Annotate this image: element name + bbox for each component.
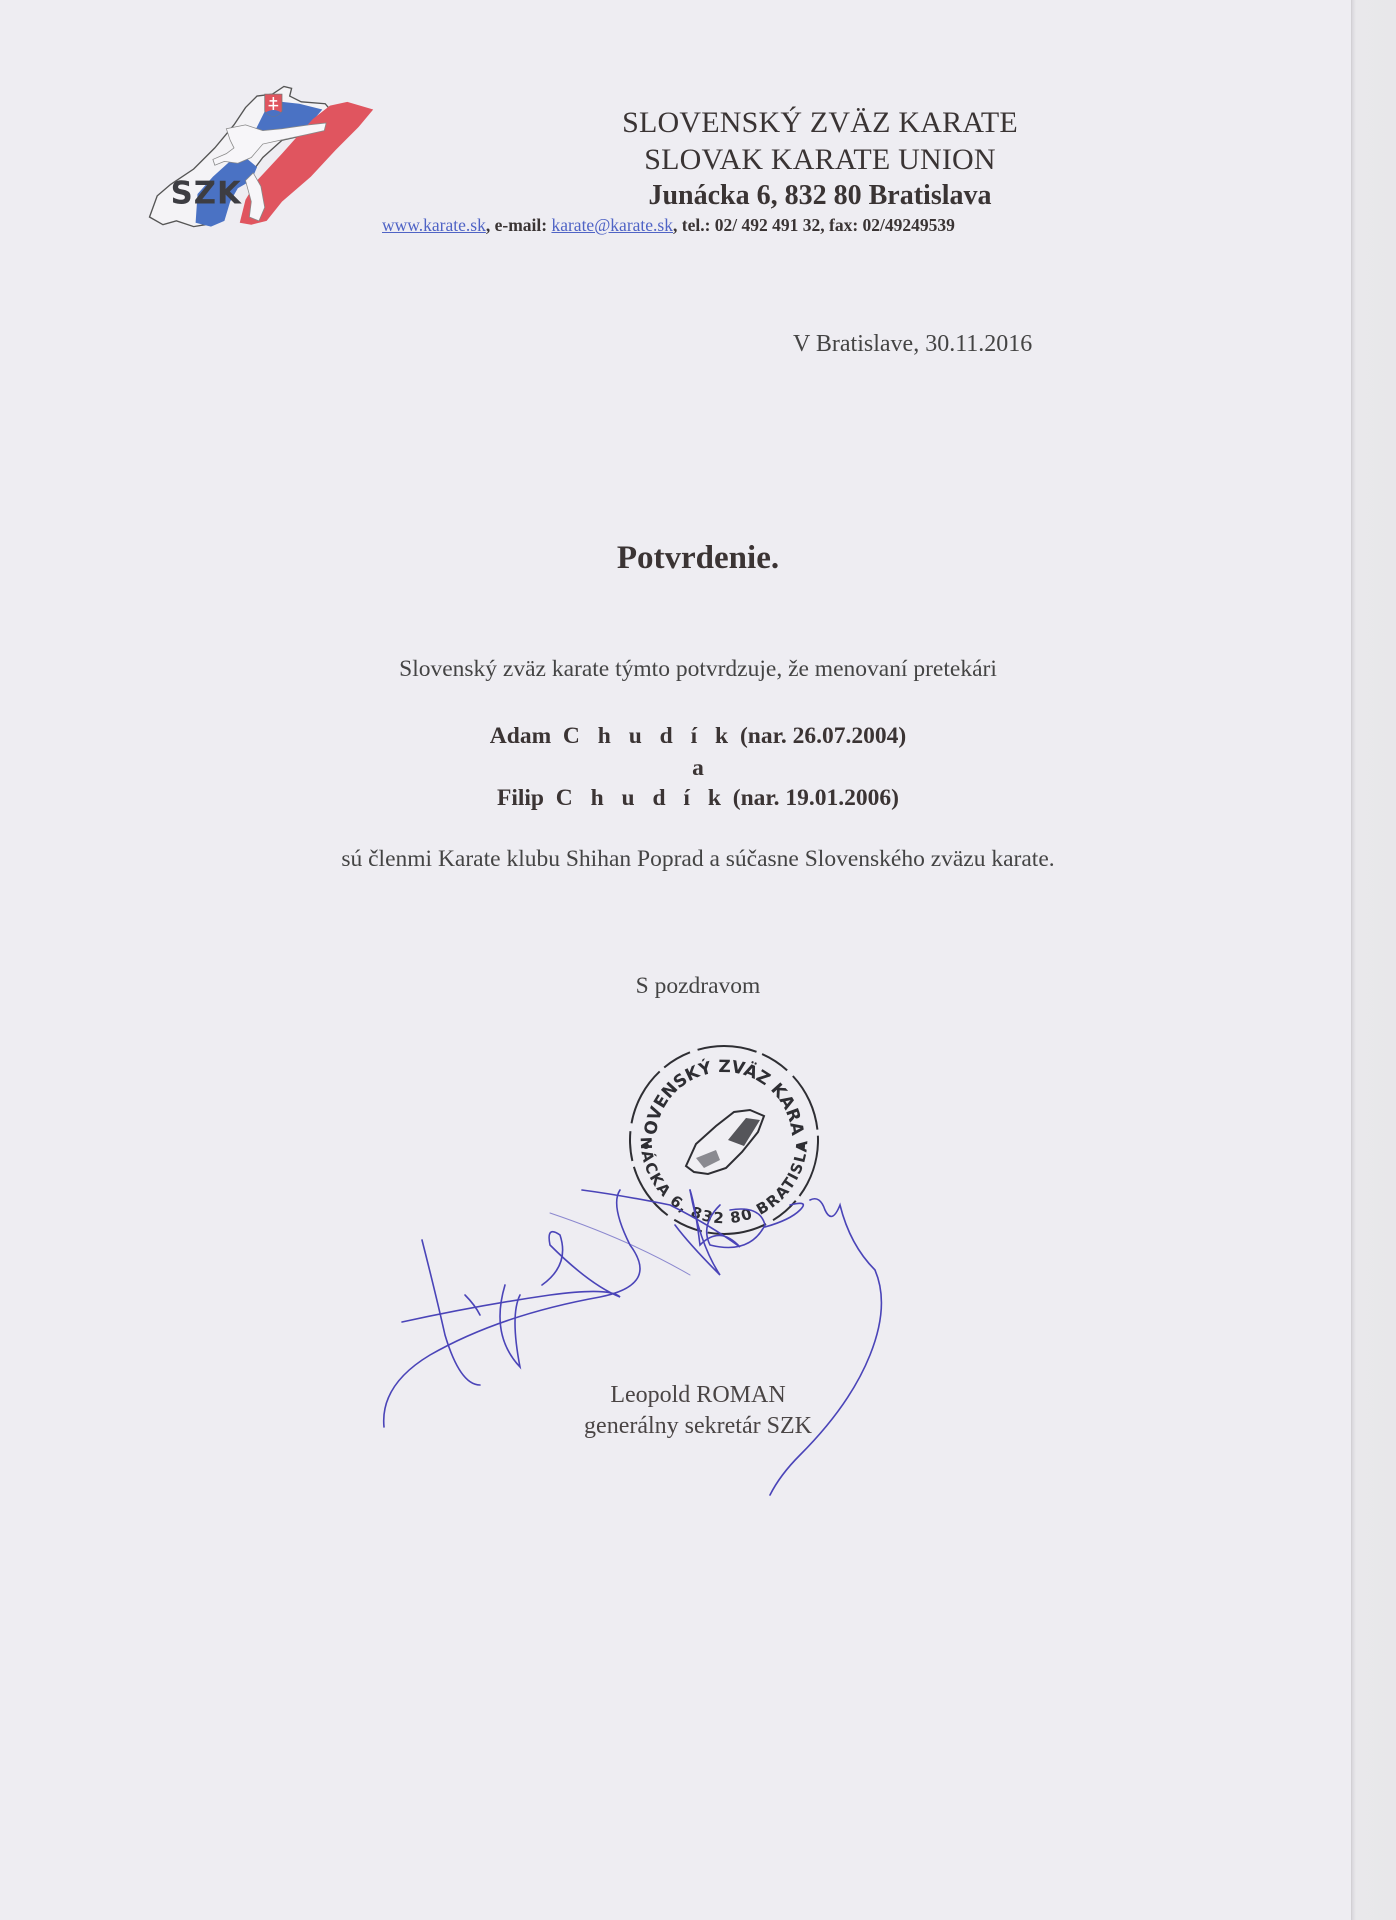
szk-logo: SZK: [138, 80, 378, 235]
person-1: Adam C h u d í k (nar. 26.07.2004): [0, 723, 1396, 750]
letterhead: SLOVENSKÝ ZVÄZ KARATE SLOVAK KARATE UNIO…: [380, 104, 1260, 214]
svg-text:SLOVENSKÝ ZVÄZ KARATE: SLOVENSKÝ ZVÄZ KARATE: [624, 1040, 807, 1138]
logo-text: SZK: [171, 176, 242, 212]
person-1-birth: (nar. 26.07.2004): [740, 723, 906, 749]
date-line: V Bratislave, 30.11.2016: [793, 331, 1032, 358]
handwritten-signature: [370, 1185, 1090, 1515]
website-link[interactable]: www.karate.sk: [382, 215, 486, 235]
org-address: Junácka 6, 832 80 Bratislava: [380, 178, 1260, 214]
conjunction: a: [0, 755, 1396, 782]
closing-statement: sú členmi Karate klubu Shihan Poprad a s…: [0, 846, 1396, 873]
email-link[interactable]: karate@karate.sk: [551, 215, 673, 235]
email-label: , e-mail:: [486, 215, 552, 235]
document-title: Potvrdenie.: [0, 540, 1396, 577]
org-name-en: SLOVAK KARATE UNION: [380, 141, 1260, 178]
signatory-name: Leopold ROMAN: [0, 1382, 1396, 1409]
signatory-position: generálny sekretár SZK: [0, 1413, 1396, 1440]
person-2-first-name: Filip: [497, 785, 544, 811]
contact-line: www.karate.sk, e-mail: karate@karate.sk,…: [382, 215, 955, 236]
szk-logo-graphic: SZK: [138, 80, 378, 235]
phone-fax: , tel.: 02/ 492 491 32, fax: 02/49249539: [673, 215, 955, 235]
person-2-surname: C h u d í k: [556, 785, 727, 811]
greeting: S pozdravom: [0, 973, 1396, 1000]
org-name-sk: SLOVENSKÝ ZVÄZ KARATE: [380, 104, 1260, 141]
stamp-top-text: SLOVENSKÝ ZVÄZ KARATE: [624, 1040, 807, 1138]
intro-text: Slovenský zväz karate týmto potvrdzuje, …: [0, 656, 1396, 683]
scan-edge: [1351, 0, 1396, 1920]
person-2: Filip C h u d í k (nar. 19.01.2006): [0, 785, 1396, 812]
person-2-birth: (nar. 19.01.2006): [733, 785, 899, 811]
person-1-surname: C h u d í k: [563, 723, 734, 749]
person-1-first-name: Adam: [490, 723, 551, 749]
